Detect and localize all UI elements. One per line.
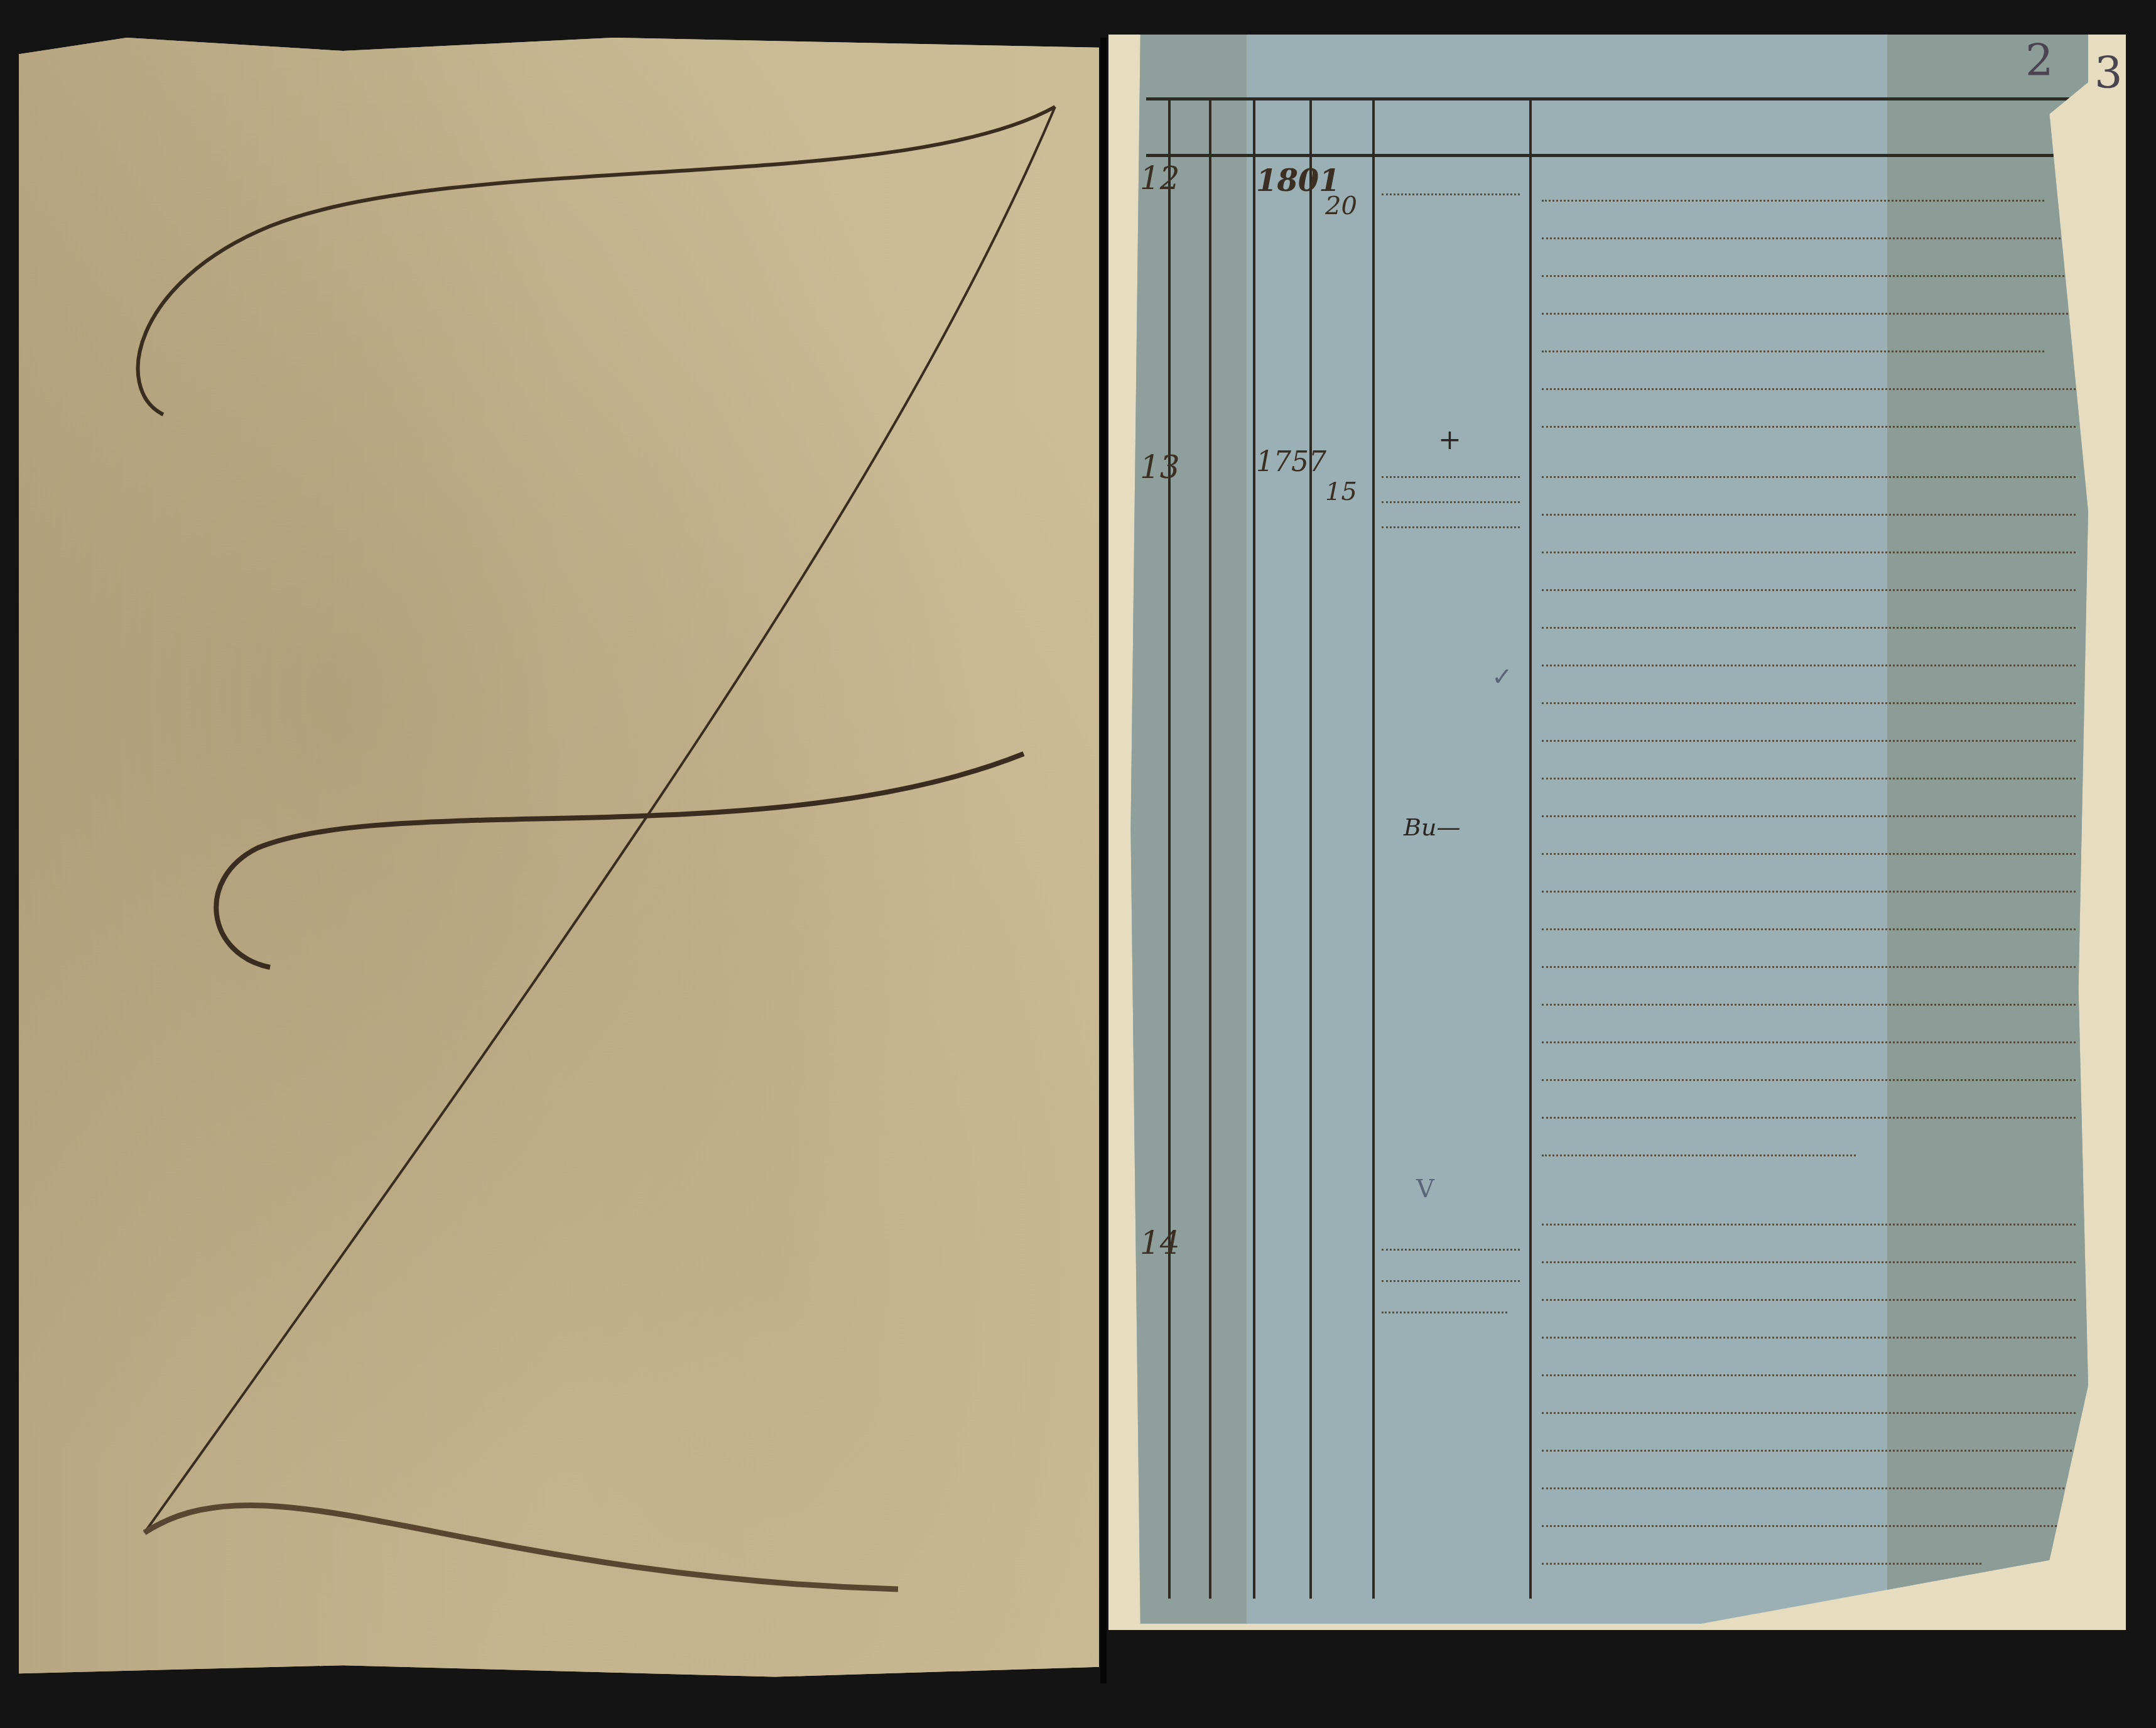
cross-mark: +	[1438, 424, 1461, 456]
column-rule	[1253, 97, 1255, 1599]
column-rule	[1372, 97, 1375, 1599]
entry-day: 20	[1325, 192, 1357, 220]
entry-number: 12	[1140, 160, 1180, 197]
check-mark: ✓	[1492, 663, 1513, 692]
column-rule	[1529, 97, 1532, 1599]
header-rule-bottom	[1146, 154, 2069, 157]
page-number-pencil: 3	[2094, 47, 2123, 99]
book-spine	[1100, 38, 1107, 1683]
entry-day: 15	[1325, 477, 1357, 506]
left-page-cover	[19, 38, 1099, 1683]
entry-number: 14	[1140, 1225, 1180, 1261]
marginal-note: Bu—	[1404, 813, 1460, 841]
entry-year: 1757	[1256, 446, 1326, 478]
page-number-ink: 2	[2025, 35, 2054, 86]
header-rule-top	[1146, 97, 2069, 101]
right-page-register: 2 12 1801 20 13 1757 15 14 + ✓ Bu— V	[1108, 35, 2126, 1630]
column-rule	[1209, 97, 1211, 1599]
blue-paper-sheet: 2 12 1801 20 13 1757 15 14 + ✓ Bu— V	[1121, 35, 2088, 1624]
column-rule	[1168, 97, 1171, 1599]
pen-flourish	[19, 38, 1099, 1683]
column-rule	[1309, 97, 1312, 1599]
entry-number: 13	[1140, 449, 1180, 486]
check-mark: V	[1416, 1175, 1434, 1204]
